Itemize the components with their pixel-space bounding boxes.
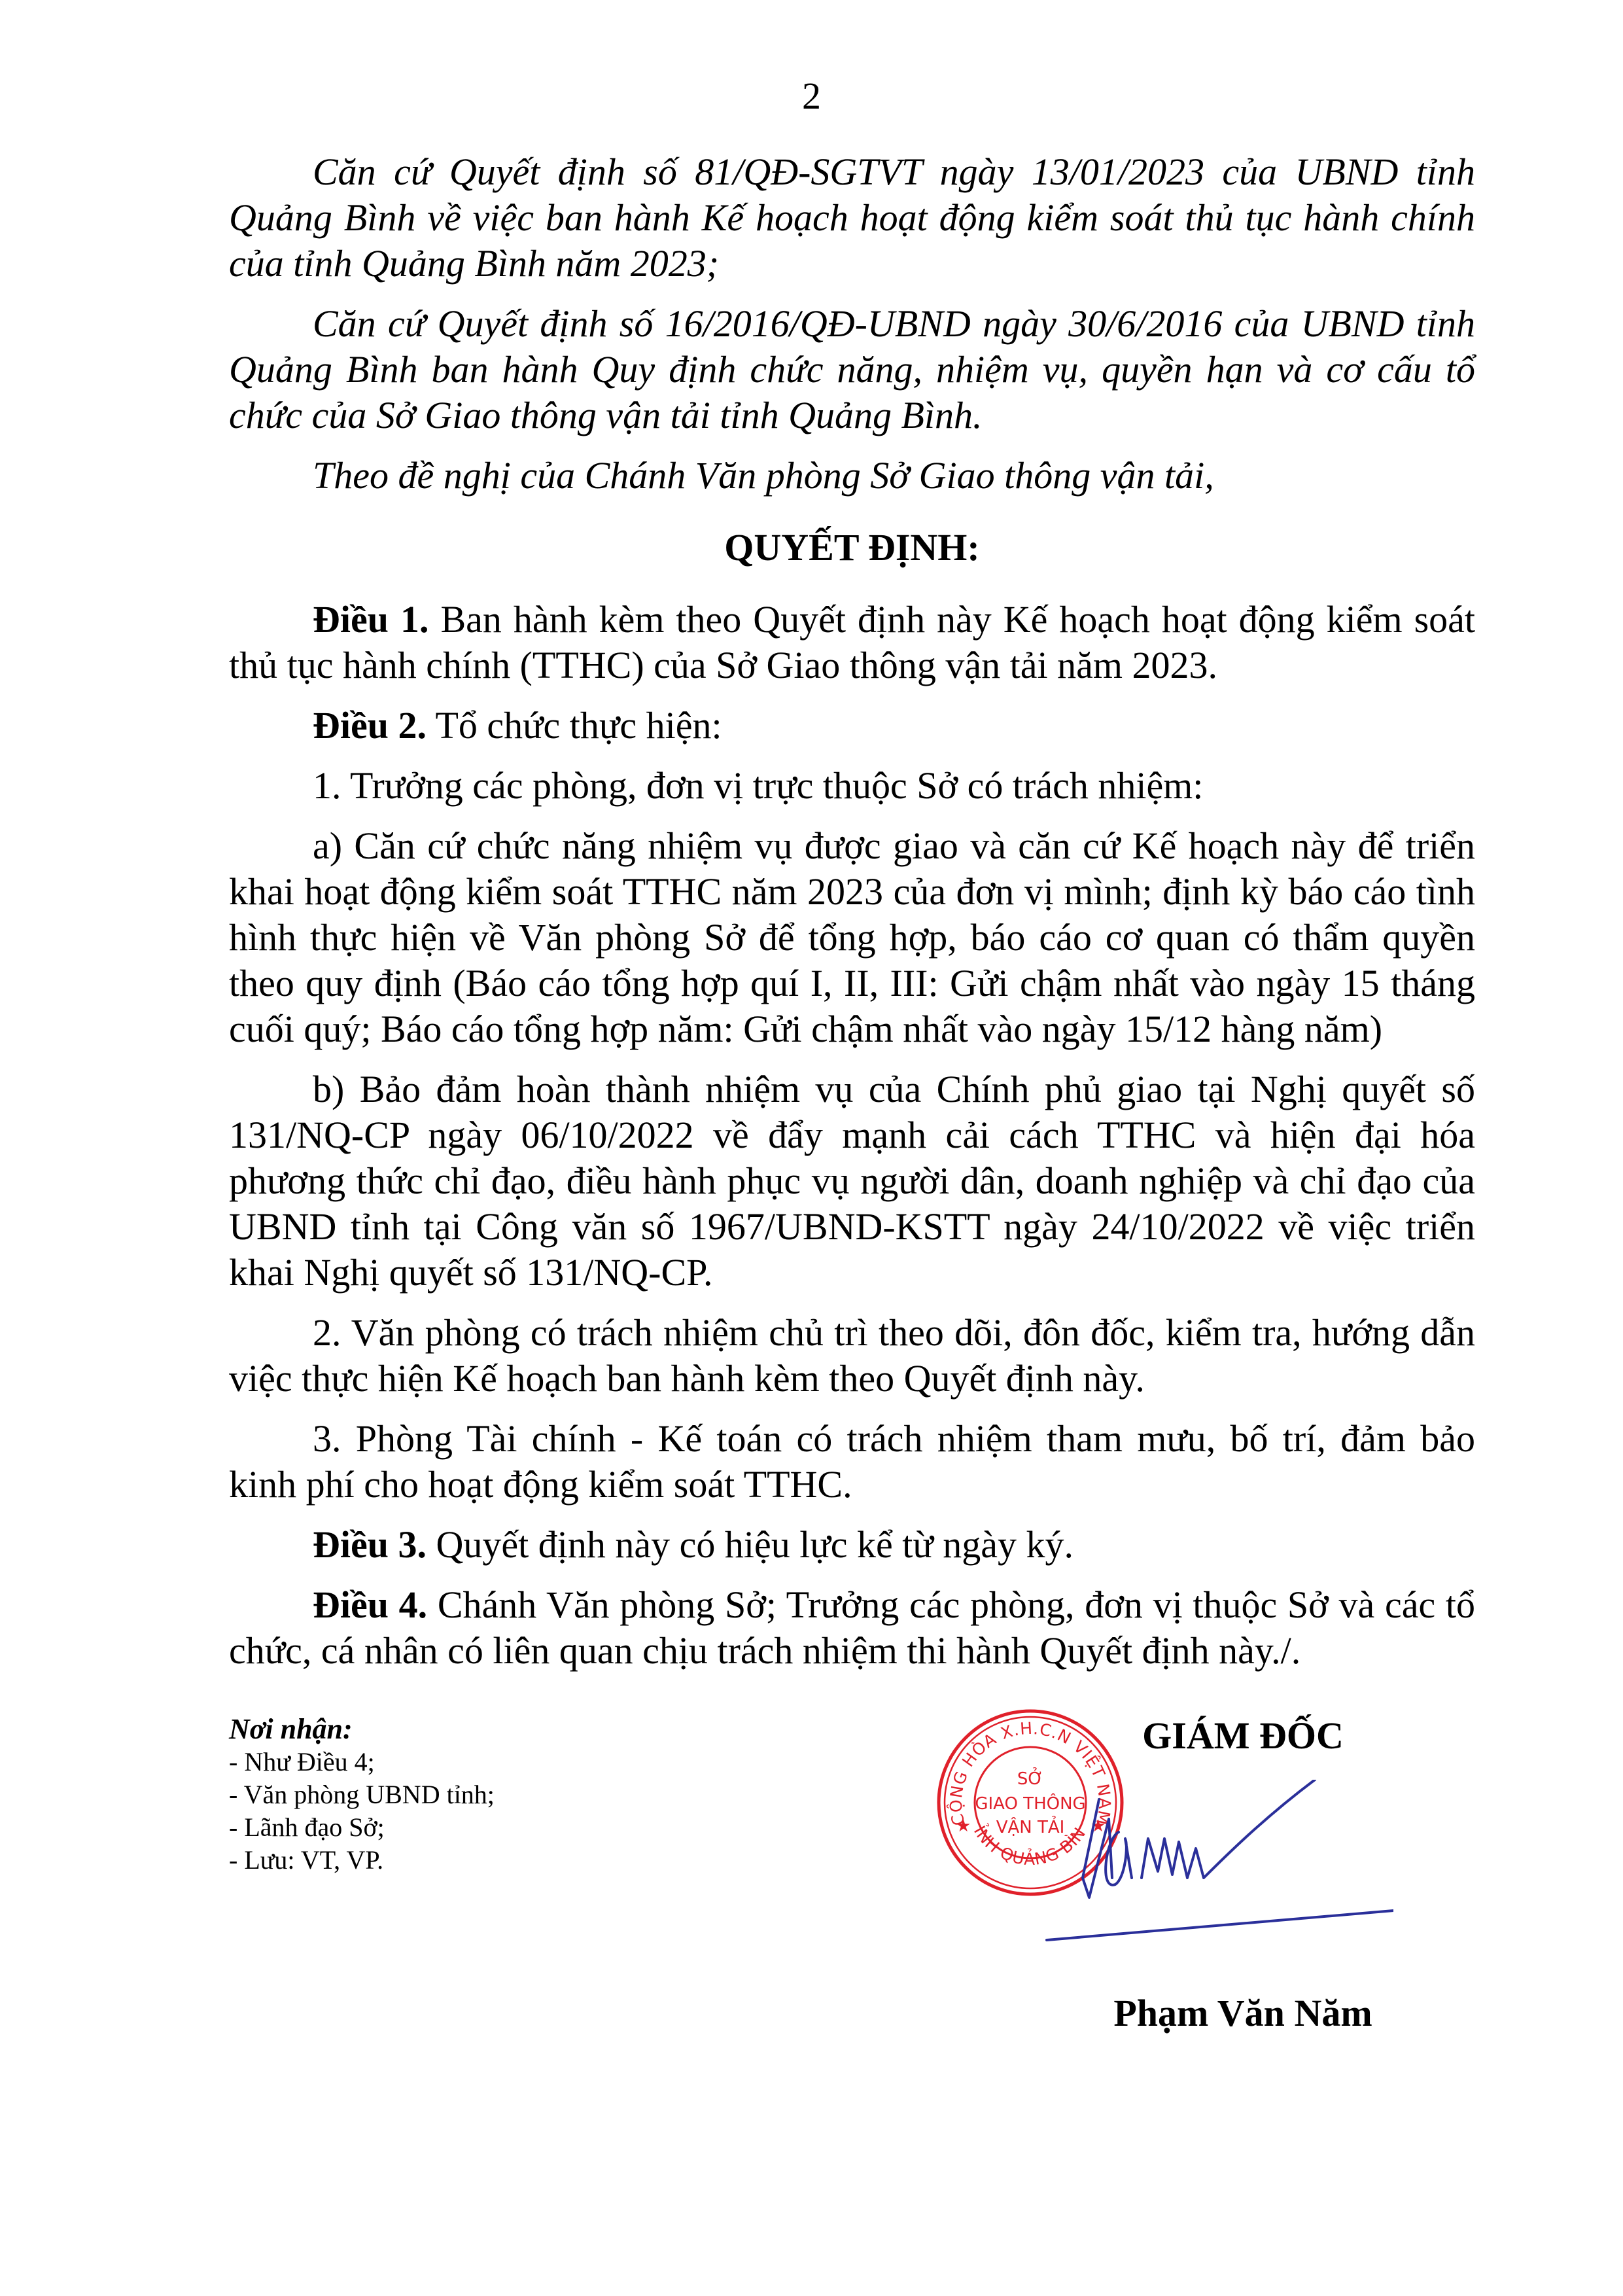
- page-number: 2: [0, 77, 1623, 115]
- article-4: Điều 4. Chánh Văn phòng Sở; Trưởng các p…: [229, 1582, 1475, 1674]
- recipient-item: - Như Điều 4;: [229, 1746, 752, 1778]
- decision-heading: QUYẾT ĐỊNH:: [229, 525, 1475, 571]
- article-2: Điều 2. Tổ chức thực hiện:: [229, 703, 1475, 749]
- recipients-title: Nơi nhận:: [229, 1713, 752, 1746]
- article-2-text: Tổ chức thực hiện:: [427, 704, 722, 747]
- preamble-proposal: Theo đề nghị của Chánh Văn phòng Sở Giao…: [229, 453, 1475, 499]
- article-1-label: Điều 1.: [313, 598, 428, 641]
- article-3-text: Quyết định này có hiệu lực kể từ ngày ký…: [427, 1523, 1073, 1566]
- article-2-item-2: 2. Văn phòng có trách nhiệm chủ trì theo…: [229, 1310, 1475, 1402]
- article-2-item-1b: b) Bảo đảm hoàn thành nhiệm vụ của Chính…: [229, 1067, 1475, 1296]
- svg-text:★: ★: [956, 1816, 971, 1835]
- article-3: Điều 3. Quyết định này có hiệu lực kể từ…: [229, 1522, 1475, 1568]
- article-2-item-1: 1. Trưởng các phòng, đơn vị trực thuộc S…: [229, 763, 1475, 809]
- document-body: Căn cứ Quyết định số 81/QĐ-SGTVT ngày 13…: [229, 149, 1475, 1688]
- article-3-label: Điều 3.: [313, 1523, 427, 1566]
- recipient-item: - Văn phòng UBND tỉnh;: [229, 1778, 752, 1811]
- article-2-label: Điều 2.: [313, 704, 427, 747]
- recipient-item: - Lãnh đạo Sở;: [229, 1811, 752, 1844]
- article-4-label: Điều 4.: [313, 1583, 427, 1626]
- preamble-basis-1: Căn cứ Quyết định số 81/QĐ-SGTVT ngày 13…: [229, 149, 1475, 287]
- article-1: Điều 1. Ban hành kèm theo Quyết định này…: [229, 597, 1475, 688]
- preamble-basis-2: Căn cứ Quyết định số 16/2016/QĐ-UBND ngà…: [229, 301, 1475, 438]
- handwritten-signature-icon: [1027, 1780, 1393, 1950]
- signer-name: Phạm Văn Năm: [1047, 1991, 1439, 2035]
- signer-role: GIÁM ĐỐC: [1021, 1713, 1413, 1759]
- signer-block: GIÁM ĐỐC Phạm Văn Năm: [1021, 1713, 1413, 1759]
- recipients-block: Nơi nhận: - Như Điều 4; - Văn phòng UBND…: [229, 1713, 752, 1877]
- article-2-item-3: 3. Phòng Tài chính - Kế toán có trách nh…: [229, 1416, 1475, 1508]
- recipient-item: - Lưu: VT, VP.: [229, 1844, 752, 1877]
- article-2-item-1a: a) Căn cứ chức năng nhiệm vụ được giao v…: [229, 823, 1475, 1052]
